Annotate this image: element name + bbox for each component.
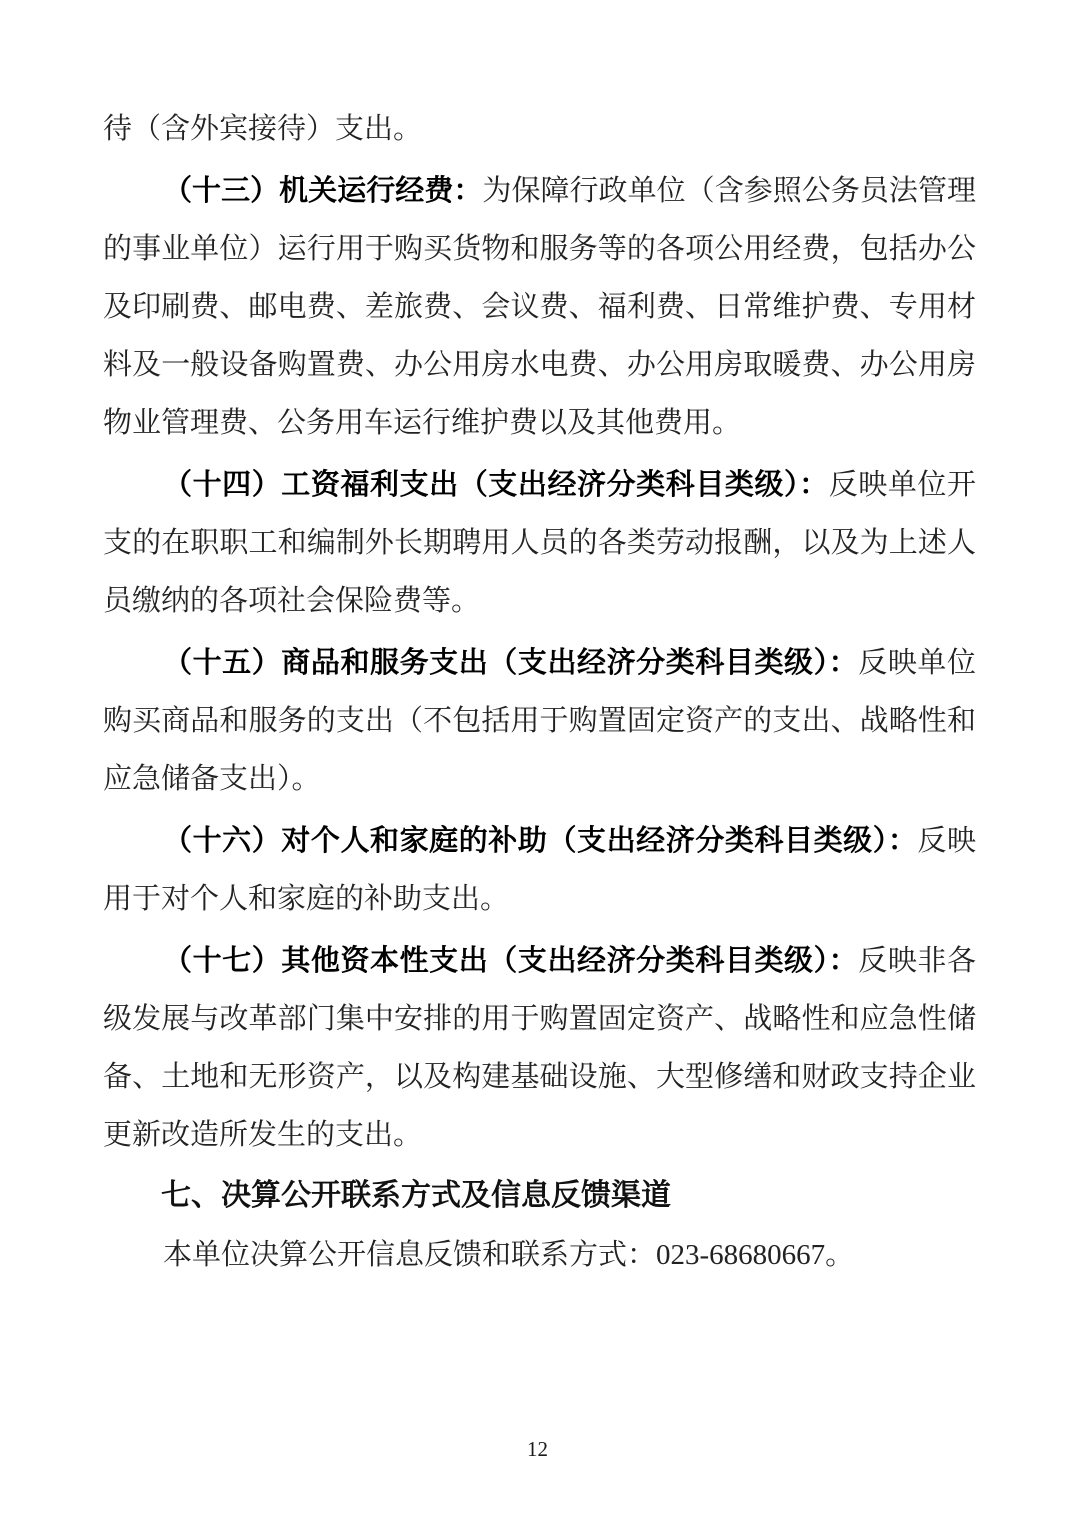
paragraph-item-13: （十三）机关运行经费：为保障行政单位（含参照公务员法管理的事业单位）运行用于购买…	[103, 162, 976, 452]
document-content: 待（含外宾接待）支出。 （十三）机关运行经费：为保障行政单位（含参照公务员法管理…	[103, 100, 976, 1288]
section-heading: 七、决算公开联系方式及信息反馈渠道	[103, 1168, 976, 1224]
document-page: 待（含外宾接待）支出。 （十三）机关运行经费：为保障行政单位（含参照公务员法管理…	[0, 0, 1075, 1520]
paragraph-item-17: （十七）其他资本性支出（支出经济分类科目类级）：反映非各级发展与改革部门集中安排…	[103, 932, 976, 1164]
page-footer: 12	[0, 1437, 1075, 1461]
paragraph-lead: （十六）对个人和家庭的补助（支出经济分类科目类级）：	[163, 825, 917, 857]
paragraph-text: 待（含外宾接待）支出。	[103, 113, 422, 145]
paragraph-item-15: （十五）商品和服务支出（支出经济分类科目类级）：反映单位购买商品和服务的支出（不…	[103, 634, 976, 808]
page-number: 12	[527, 1437, 548, 1461]
paragraph-lead: （十五）商品和服务支出（支出经济分类科目类级）：	[163, 647, 858, 679]
contact-text: 本单位决算公开信息反馈和联系方式：023-68680667。	[163, 1239, 854, 1271]
paragraph-item-14: （十四）工资福利支出（支出经济分类科目类级）：反映单位开支的在职职工和编制外长期…	[103, 456, 976, 630]
paragraph-continuation: 待（含外宾接待）支出。	[103, 100, 976, 158]
paragraph-lead: （十三）机关运行经费：	[163, 175, 482, 207]
paragraph-lead: （十七）其他资本性支出（支出经济分类科目类级）：	[163, 945, 858, 977]
paragraph-text: 为保障行政单位（含参照公务员法管理的事业单位）运行用于购买货物和服务等的各项公用…	[103, 175, 976, 439]
contact-paragraph: 本单位决算公开信息反馈和联系方式：023-68680667。	[103, 1226, 976, 1284]
paragraph-lead: （十四）工资福利支出（支出经济分类科目类级）：	[163, 469, 829, 501]
paragraph-item-16: （十六）对个人和家庭的补助（支出经济分类科目类级）：反映用于对个人和家庭的补助支…	[103, 812, 976, 928]
